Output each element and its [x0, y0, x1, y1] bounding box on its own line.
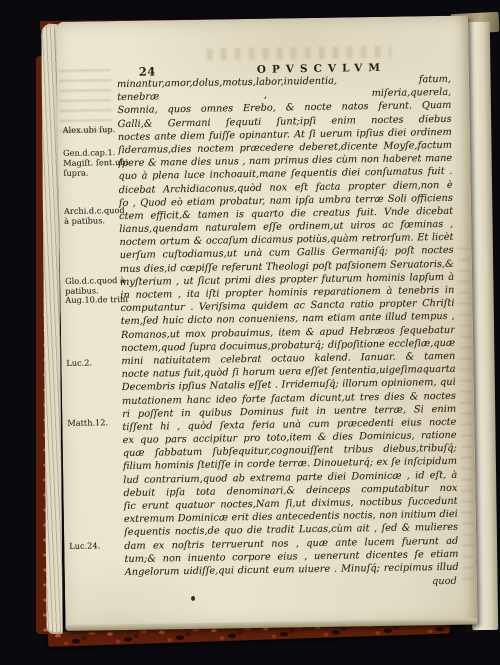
margin-note-line: Luc.2.	[66, 357, 120, 368]
margin-note-line: Glo.d.c.quod à	[65, 275, 119, 286]
margin-note-line: ſupra.	[63, 167, 117, 178]
margin-note-line: Alex.ubi ſup.	[63, 124, 117, 135]
margin-note-line: Matth.12.	[67, 417, 121, 428]
margin-note: Glo.d.c.quod àpatibus.	[65, 275, 119, 296]
margin-note: Matth.12.	[67, 417, 121, 428]
book-page: 24 OPVSCVLVM Alex.ubi ſup.Gen.d.cap.1.Ma…	[56, 16, 477, 630]
margin-note-line: à patibus.	[64, 215, 118, 226]
margin-note-line: Magiſt. ſent.ubi	[63, 157, 117, 168]
margin-note-line: Archi.d.c.quod	[64, 205, 118, 216]
margin-note: Luc.2.	[66, 357, 120, 368]
margin-note-line: Aug.10.de trini	[65, 295, 119, 306]
margin-note: Alex.ubi ſup.	[63, 124, 117, 135]
ink-speck	[191, 596, 195, 601]
margin-note: Luc.24.	[69, 540, 123, 551]
margin-note-line: Luc.24.	[69, 540, 123, 551]
margin-note: Gen.d.cap.1.Magiſt. ſent.ubiſupra.	[63, 147, 117, 178]
margin-note: Archi.d.c.quodà patibus.	[64, 205, 118, 226]
catchword: quod	[399, 576, 457, 588]
margin-note: Aug.10.de trini	[65, 295, 119, 306]
margin-note-line: Gen.d.cap.1.	[63, 147, 117, 158]
book-photo: 24 OPVSCVLVM Alex.ubi ſup.Gen.d.cap.1.Ma…	[0, 0, 500, 665]
main-text: minantur,amor,dolus,motus,labor,inuident…	[117, 73, 459, 579]
